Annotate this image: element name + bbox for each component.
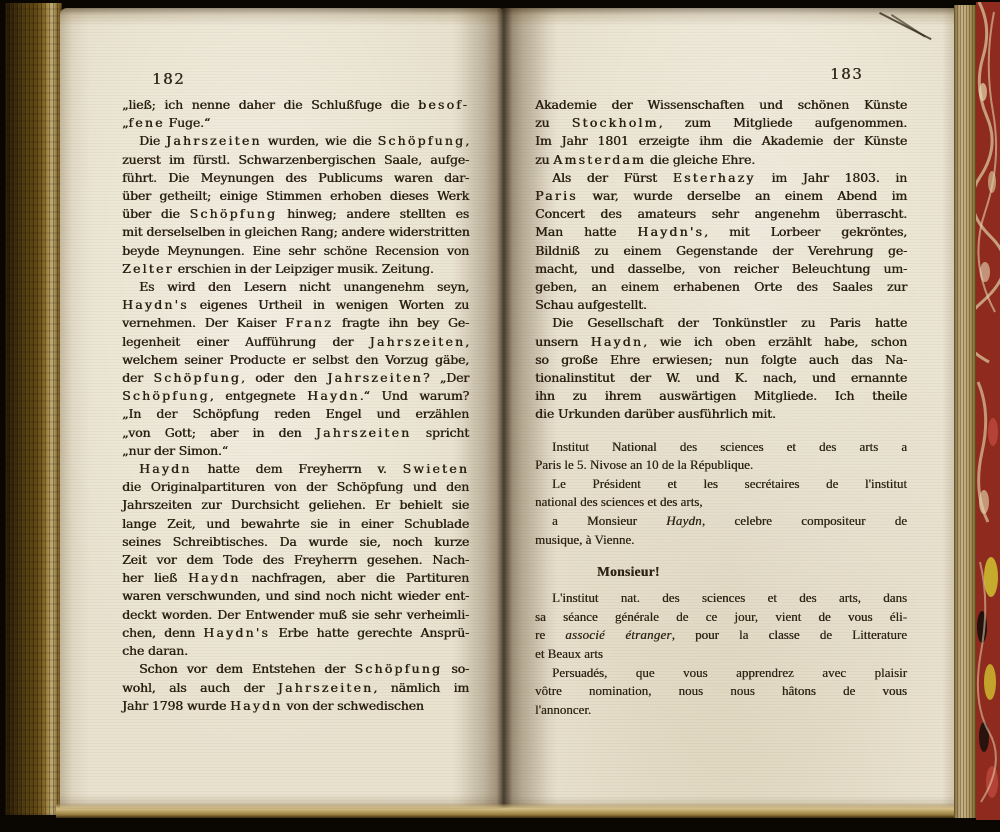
left-page-text-column: „ließ; ich nenne daher die Schlußfuge di… (122, 96, 469, 715)
text-line: tionalinstitut der W. und K. nach, und e… (535, 369, 907, 387)
text-line: Bildniß zu einem Gegenstande der Verehru… (535, 242, 907, 260)
paragraph: a Monsieur Haydn, celebre compositeur de… (535, 512, 907, 549)
text-line: et Beaux arts (535, 645, 907, 664)
text-line: a Monsieur Haydn, celebre compositeur de (535, 512, 907, 531)
text-line: führt. Die Meynungen des Publicums waren… (122, 169, 469, 187)
letter-body-block: L'institut nat. des sciences et des arts… (535, 589, 907, 719)
right-page-text-column: Akademie der Wissenschaften und schönen … (535, 96, 907, 719)
text-line: Als der Fürst Esterhazy im Jahr 1803. in (535, 169, 907, 187)
page-number-left: 182 (152, 70, 185, 88)
text-line: über getheilt; einige Stimmen erhoben di… (122, 187, 469, 205)
paragraph: Akademie der Wissenschaften und schönen … (535, 96, 907, 169)
text-line: Haydn hatte dem Freyherrn v. Swieten (122, 460, 469, 478)
text-line: Akademie der Wissenschaften und schönen … (535, 96, 907, 114)
text-line: Die Jahrszeiten wurden, wie die Schöpfun… (122, 132, 469, 150)
text-line: Paris war, wurde derselbe an einem Abend… (535, 187, 907, 205)
paragraph: Persuadés, que vous apprendrez avec plai… (535, 664, 907, 720)
text-line: Jahr 1798 wurde Haydn von der schwedisch… (122, 697, 469, 715)
text-line: Zeit vor dem Tode des Freyherrn gesehen.… (122, 551, 469, 569)
paragraph: Institut National des sciences et des ar… (535, 438, 907, 475)
paragraph: Als der Fürst Esterhazy im Jahr 1803. in… (535, 169, 907, 315)
text-line: beyde Meynungen. Eine sehr schöne Recens… (122, 242, 469, 260)
text-line: welchem seiner Producte er selbst den Vo… (122, 351, 469, 369)
text-line: her ließ Haydn nachfragen, aber die Part… (122, 569, 469, 587)
text-line: Jahrszeiten zur Durchsicht geliehen. Er … (122, 496, 469, 514)
text-line: zu Amsterdam die gleiche Ehre. (535, 151, 907, 169)
text-line: die Urkunden darüber ausführlich mit. (535, 405, 907, 423)
text-line: „von Gott; aber in den Jahrszeiten spric… (122, 424, 469, 442)
paragraph: Die Gesellschaft der Tonkünstler zu Pari… (535, 314, 907, 423)
text-line: so große Ehre erwiesen; nun folgte auch … (535, 351, 907, 369)
paragraph: „ließ; ich nenne daher die Schlußfuge di… (122, 96, 469, 132)
text-line: Es wird den Lesern nicht unangenehm seyn… (122, 278, 469, 296)
text-line: „fene Fuge.“ (122, 114, 469, 132)
text-line: chen, denn Haydn's Erbe hatte gerechte A… (122, 624, 469, 642)
text-line: Concert des amateurs sehr angenehm überr… (535, 205, 907, 223)
marbled-endpaper (976, 2, 1000, 820)
text-line: zuerst im fürstl. Schwarzenbergischen Sa… (122, 151, 469, 169)
paragraph: Le Président et les secrétaires de l'ins… (535, 475, 907, 512)
text-line: Schöpfung, entgegnete Haydn.“ Und warum? (122, 387, 469, 405)
text-line: zu Stockholm, zum Mitgliede aufgenommen. (535, 114, 907, 132)
text-line: Zelter erschien in der Leipziger musik. … (122, 260, 469, 278)
page-fore-edge (954, 5, 977, 818)
text-line: Schau aufgestellt. (535, 296, 907, 314)
text-line: Schon vor dem Entstehen der Schöpfung so… (122, 660, 469, 678)
text-line: „ließ; ich nenne daher die Schlußfuge di… (122, 96, 469, 114)
german-text-block: Akademie der Wissenschaften und schönen … (535, 96, 907, 424)
paragraph: Es wird den Lesern nicht unangenehm seyn… (122, 278, 469, 460)
text-line: sa séance générale de ce jour, vient de … (535, 608, 907, 627)
letter-salutation: Monsieur! (597, 564, 907, 580)
paragraph: L'institut nat. des sciences et des arts… (535, 589, 907, 663)
text-line: che daran. (122, 642, 469, 660)
text-line: Man hatte Haydn's, mit Lorbeer gekröntes… (535, 223, 907, 241)
text-line: legenheit einer Aufführung der Jahrszeit… (122, 333, 469, 351)
text-line: Institut National des sciences et des ar… (535, 438, 907, 457)
text-line: unsern Haydn, wie ich oben erzählt habe,… (535, 333, 907, 351)
text-line: die Originalpartituren von der Schöpfung… (122, 478, 469, 496)
text-line: re associé étranger, pour la classe de L… (535, 626, 907, 645)
text-line: l'annoncer. (535, 701, 907, 720)
text-line: lange Zeit, und bewahrte sie in einer Sc… (122, 515, 469, 533)
text-line: L'institut nat. des sciences et des arts… (535, 589, 907, 608)
paragraph: Schon vor dem Entstehen der Schöpfung so… (122, 660, 469, 715)
text-line: „nur der Simon.“ (122, 442, 469, 460)
text-line: deckt worden. Der Entwender muß sie sehr… (122, 606, 469, 624)
text-line: Persuadés, que vous apprendrez avec plai… (535, 664, 907, 683)
text-line: Haydn's eigenes Urtheil in wenigen Worte… (122, 296, 469, 314)
text-line: „In der Schöpfung reden Engel und erzähl… (122, 405, 469, 423)
text-line: ihn zu ihrem auswärtigen Mitgliede. Ich … (535, 387, 907, 405)
paragraph: Die Jahrszeiten wurden, wie die Schöpfun… (122, 132, 469, 278)
book-spine-edge (5, 3, 62, 815)
text-line: musique, à Vienne. (535, 531, 907, 550)
text-line: vernehmen. Der Kaiser Franz fragte ihn b… (122, 314, 469, 332)
text-line: über die Schöpfung hinweg; andere stellt… (122, 205, 469, 223)
text-line: waren verschwunden, und sind noch nicht … (122, 587, 469, 605)
text-line: mit derselselben in gleichen Rang; ander… (122, 223, 469, 241)
page-bottom-edge (56, 804, 976, 818)
page-number-right: 183 (830, 65, 863, 83)
text-line: vôtre nomination, nous nous hâtons de vo… (535, 682, 907, 701)
paragraph: Haydn hatte dem Freyherrn v. Swietendie … (122, 460, 469, 660)
text-line: seines Schreibtisches. Da wurde sie, noc… (122, 533, 469, 551)
text-line: national des sciences et des arts, (535, 493, 907, 512)
letter-address-block: Institut National des sciences et des ar… (535, 438, 907, 550)
text-line: der Schöpfung, oder den Jahrszeiten? „De… (122, 369, 469, 387)
text-line: Im Jahr 1801 erzeigte ihm die Akademie d… (535, 132, 907, 150)
text-line: wohl, als auch der Jahrszeiten, nämlich … (122, 679, 469, 697)
text-line: macht, und dasselbe, von reicher Beleuch… (535, 260, 907, 278)
text-line: Paris le 5. Nivose an 10 de la Républiqu… (535, 456, 907, 475)
text-line: geben, an einem erhabenen Orte des Saale… (535, 278, 907, 296)
french-letter-block: Institut National des sciences et des ar… (535, 438, 907, 720)
text-line: Die Gesellschaft der Tonkünstler zu Pari… (535, 314, 907, 332)
marble-pattern-graphic (976, 2, 1000, 820)
text-line: Le Président et les secrétaires de l'ins… (535, 475, 907, 494)
